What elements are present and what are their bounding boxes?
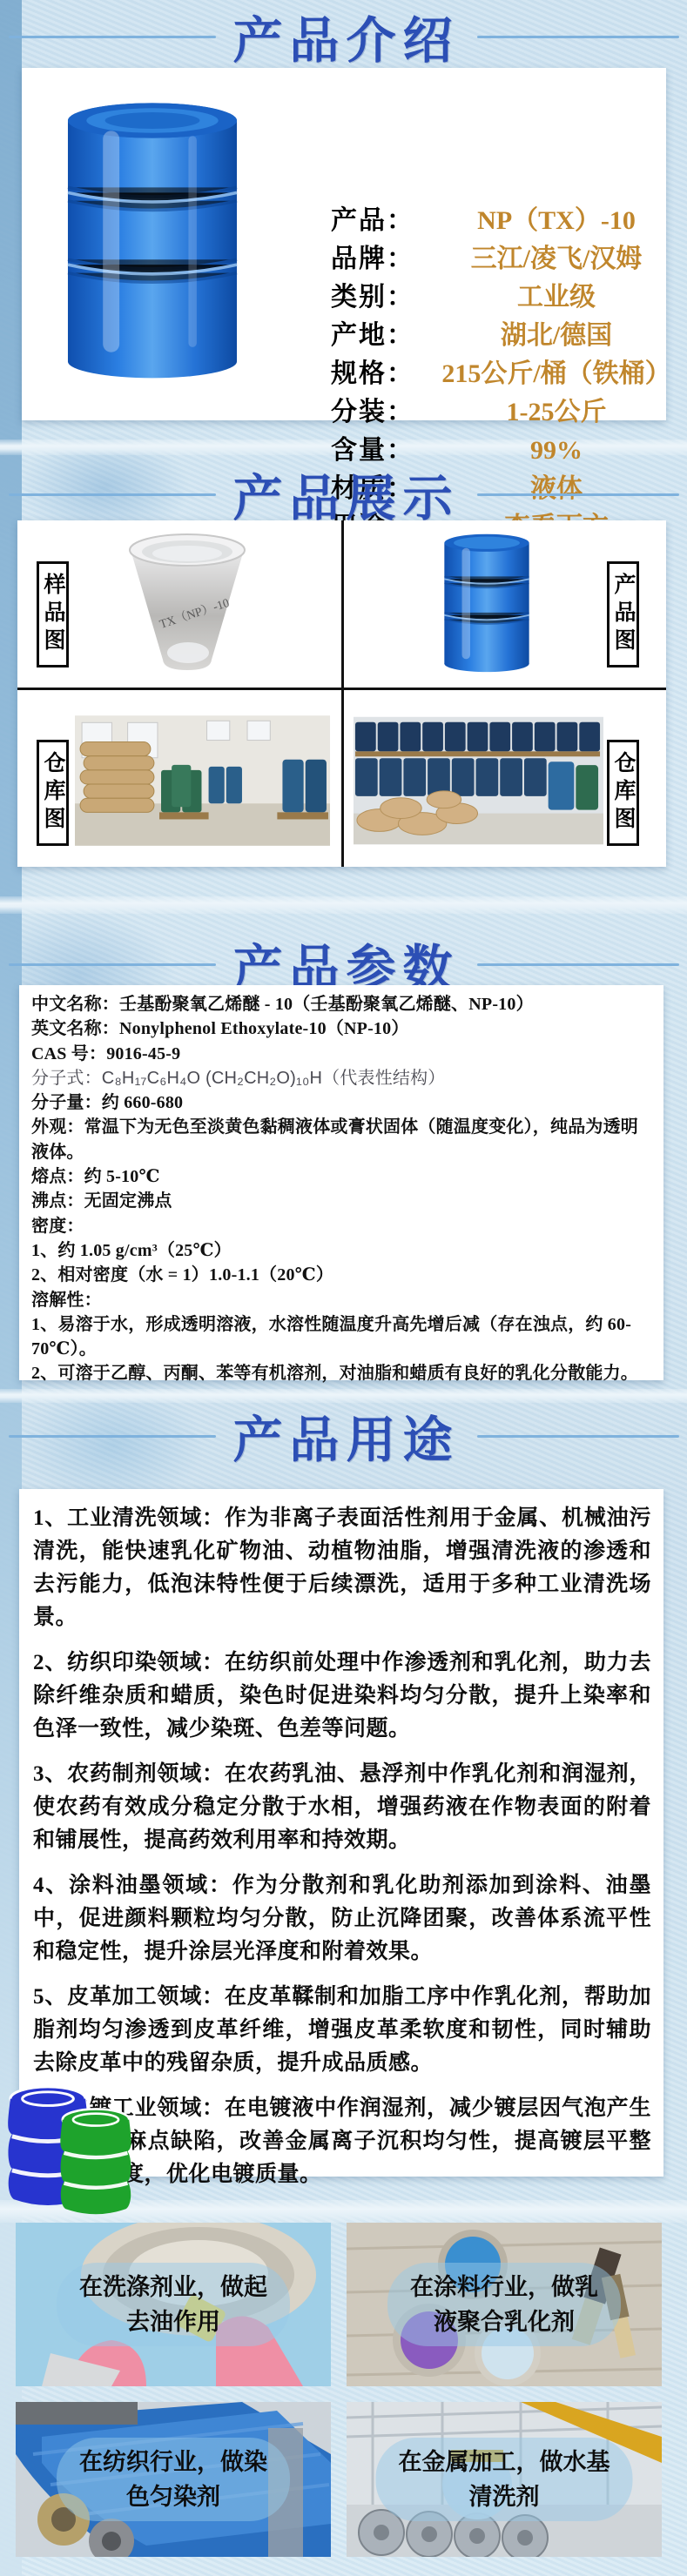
spec-label: 产品： [331,198,434,237]
display-section-header: 产品展示 [0,466,687,522]
param-line: 1、约 1.05 g/cm³（25℃） [31,1238,655,1263]
spec-label: 类别： [331,275,434,313]
clipart-drum-green-icon [52,2106,139,2216]
warehouse-image-label-1: 仓库图 [37,740,69,846]
param-line: 外观：常温下为无色至淡黄色黏稠液体或膏状固体（随温度变化），纯品为透明液体。 [31,1115,655,1164]
product-detail-page: 产品介绍 [0,0,687,2576]
application-photo-detergent: 在洗涤剂业，做起 去油作用 [16,2223,331,2386]
application-caption: 在纺织行业，做染 色匀染剂 [57,2438,290,2521]
title-decor-line [477,963,679,966]
intro-drum-image [48,90,257,399]
spec-value: 99% [434,436,679,466]
application-caption: 在金属加工，做水基 清洗剂 [376,2438,633,2521]
spec-table: 产品：NP（TX）-10 品牌：三江/凌飞/汉姆 类别：工业级 产地：湖北/德国… [331,198,679,486]
spec-row: 类别：工业级 [331,275,679,313]
params-section-header: 产品参数 [0,936,687,992]
param-line: 1、易溶于水，形成透明溶液，水溶性随温度升高先增后减（存在浊点，约 60-70℃… [31,1312,655,1362]
title-decor-line [9,1435,216,1438]
param-line-formula: 分子式：C₈H₁₇C₆H₄O (CH₂CH₂O)₁₀H（代表性结构） [31,1066,655,1090]
param-line: 2、相对密度（水 = 1）1.0-1.1（20℃） [31,1263,655,1287]
spec-row: 产地：湖北/德国 [331,313,679,352]
spec-label: 产地： [331,313,434,352]
warehouse-image-label-2: 仓库图 [607,740,639,846]
title-decor-line [9,493,216,496]
display-card: TX（NP）-10 样品图 产品 [17,520,666,867]
spec-row: 产品：NP（TX）-10 [331,198,679,237]
params-text-block: 中文名称：壬基酚聚氧乙烯醚 - 10（壬基酚聚氧乙烯醚、NP-10） 英文名称：… [31,992,655,1386]
use-paragraph: 4、涂料油墨领域：作为分散剂和乳化助剂添加到涂料、油墨中，促进颜料颗粒均匀分散，… [33,1869,651,1969]
display-section-title: 产品展示 [233,459,460,530]
application-caption: 在洗涤剂业，做起 去油作用 [57,2263,290,2346]
spec-label: 规格： [331,352,434,390]
spec-row: 规格：215公斤/桶（铁桶） [331,352,679,390]
sample-cup-image: TX（NP）-10 [109,531,266,679]
spec-label: 分装： [331,390,434,428]
use-paragraph: 1、工业清洗领域：作为非离子表面活性剂用于金属、机械油污清洗，能快速乳化矿物油、… [33,1502,651,1634]
uses-section-header: 产品用途 [0,1408,687,1464]
product-image-label: 产品图 [607,561,639,667]
param-line: 熔点：约 5-10℃ [31,1164,655,1189]
spec-value: NP（TX）-10 [434,198,679,237]
grid-divider-horizontal [17,688,666,690]
title-decor-line [9,36,216,38]
spec-value: 三江/凌飞/汉姆 [434,237,679,275]
intro-card: 产品：NP（TX）-10 品牌：三江/凌飞/汉姆 类别：工业级 产地：湖北/德国… [22,68,666,420]
uses-text-block: 1、工业清洗领域：作为非离子表面活性剂用于金属、机械油污清洗，能快速乳化矿物油、… [33,1502,651,2204]
use-paragraph: 5、皮革加工领域：在皮革鞣制和加脂工序中作乳化剂，帮助加脂剂均匀渗透到皮革纤维，… [33,1981,651,2080]
product-drum-image [434,527,540,682]
application-photo-metal: 在金属加工，做水基 清洗剂 [347,2402,662,2557]
intro-section-title: 产品介绍 [233,1,460,72]
title-decor-line [477,493,679,496]
spec-row: 品牌：三江/凌飞/汉姆 [331,237,679,275]
application-caption: 在涂料行业，做乳 液聚合乳化剂 [387,2263,621,2346]
title-decor-line [477,1435,679,1438]
section-separator [0,896,687,914]
spec-value: 1-25公斤 [434,390,679,428]
param-line: 英文名称：Nonylphenol Ethoxylate-10（NP-10） [31,1016,655,1041]
spec-label: 品牌： [331,237,434,275]
param-line: 中文名称：壬基酚聚氧乙烯醚 - 10（壬基酚聚氧乙烯醚、NP-10） [31,992,655,1016]
param-line: 2、可溶于乙醇、丙酮、苯等有机溶剂，对油脂和蜡质有良好的乳化分散能力。 [31,1361,655,1385]
sample-image-label: 样品图 [37,561,69,667]
spec-value: 湖北/德国 [434,313,679,352]
intro-section-header: 产品介绍 [0,5,687,68]
spec-value: 215公斤/桶（铁桶） [434,352,679,390]
uses-section-title: 产品用途 [233,1400,460,1472]
param-line: CAS 号：9016-45-9 [31,1042,655,1066]
application-photo-coating: 在涂料行业，做乳 液聚合乳化剂 [347,2223,662,2386]
use-paragraph: 3、农药制剂领域：在农药乳油、悬浮剂中作乳化剂和润湿剂，使农药有效成分稳定分散于… [33,1758,651,1857]
title-decor-line [477,36,679,38]
param-line: 分子量：约 660-680 [31,1090,655,1115]
application-photo-textile: 在纺织行业，做染 色匀染剂 [16,2402,331,2557]
warehouse-photo-2 [354,715,603,846]
param-line: 密度： [31,1214,655,1238]
use-paragraph: 2、纺织印染领域：在纺织前处理中作渗透剂和乳化剂，助力去除纤维杂质和蜡质，染色时… [33,1647,651,1746]
grid-divider-vertical [341,520,344,867]
param-line: 溶解性： [31,1288,655,1312]
warehouse-photo-1 [75,715,330,846]
spec-row: 分装：1-25公斤 [331,390,679,428]
param-line: 沸点：无固定沸点 [31,1189,655,1213]
title-decor-line [9,963,216,966]
spec-value: 工业级 [434,275,679,313]
